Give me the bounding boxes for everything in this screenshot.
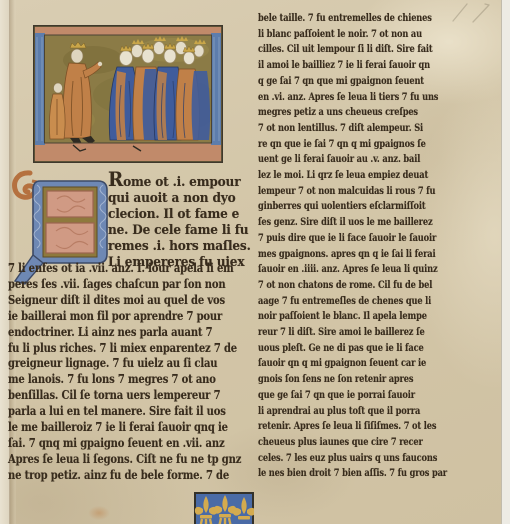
text-line: megres petiz a uns cheueus creſpes: [258, 105, 447, 121]
text-line: le nes bien droit 7 bien aſſis. 7 fu gro…: [258, 466, 447, 482]
text-line: 7 puis dire que ie li face ſauoir le ſau…: [258, 231, 447, 247]
fleur-de-lis-shield: [194, 492, 254, 524]
text-line: parla a lui en tel manere. Sire fait il …: [8, 404, 241, 420]
parchment-stain: [84, 503, 114, 523]
text-line: Apres ſe leua li ſegons. Ciſt ne fu ne t…: [8, 452, 241, 468]
miniature-illustration: [33, 25, 223, 163]
text-line: celes. 7 les euz plus uairs q uns faucon…: [258, 451, 447, 467]
text-line: 7 li enfes ot ia .vii. anz. I. iour apel…: [8, 261, 241, 277]
text-line: aage 7 fu entremeſles de chenes que li: [258, 294, 447, 310]
text-line: peres ſes .vii. ſages chaſcun par ſon no…: [8, 277, 241, 293]
text-line: il amoi le bailliez 7 ie li ferai ſauoir…: [258, 58, 447, 74]
text-line: remes .i. hors maſles.: [108, 239, 251, 255]
text-line: 7 ot non chatons de rome. Cil fu de bel: [258, 278, 447, 294]
text-line: qui auoit a non dyo: [108, 191, 251, 207]
text-line: ne. De cele fame li fu: [108, 223, 251, 239]
text-line: reur 7 li diſt. Sire amoi le baillerez ſ…: [258, 325, 447, 341]
text-line: le me bailleroiz 7 ie li ferai ſauoir qn…: [8, 420, 241, 436]
left-column-text: 7 li enfes ot ia .vii. anz. I. iour apel…: [8, 261, 241, 484]
text-line: gnois ſon ſens ne ſon retenir apres: [258, 372, 447, 388]
text-line: mes gpaignons. apres qn q ie ſai li fera…: [258, 247, 447, 263]
text-line: noir paſſoient le blanc. Il apela lempe: [258, 309, 447, 325]
text-line: ne trop petiz. ainz fu de bele forme. 7 …: [8, 468, 241, 484]
text-line: lempeur 7 ot non malcuidas li rous 7 fu: [258, 184, 447, 200]
text-line: li aprendrai au plus toſt que il porra: [258, 404, 447, 420]
text-line: clecion. Il ot fame e: [108, 207, 251, 223]
text-line: cilles. Cil uit lempour ſi li diſt. Sire…: [258, 42, 447, 58]
text-line: li blanc paſſoient le noir. 7 ot non au: [258, 27, 447, 43]
text-line: que ge ſai 7 qn que ie porrai ſauoir: [258, 388, 447, 404]
opening-text: Rome ot .i. empourqui auoit a non dyocle…: [108, 172, 251, 270]
text-line: uent ge li ferai ſauoir au .v. anz. bail: [258, 152, 447, 168]
text-line: ſauoir qn q mi gpaignon ſeuent car ie: [258, 356, 447, 372]
text-line: bele taille. 7 fu entremelles de chienes: [258, 11, 447, 27]
fleur-de-lis-shield-icon: [194, 492, 254, 524]
text-line: fu li plus riches. 7 li miex enparentez …: [8, 341, 241, 357]
folio-mark: [445, 1, 501, 25]
text-line: uous pleſt. Ge ne di pas que ie li face: [258, 341, 447, 357]
text-line: 7 ot non lentillus. 7 diſt alempeur. Si: [258, 121, 447, 137]
text-line: lez le moi. Li qrz ſe leua empiez deuat: [258, 168, 447, 184]
page-edge-right: [501, 0, 510, 524]
text-line: q ge ſai 7 qn que mi gpaignon ſeuent: [258, 74, 447, 90]
text-line: me lanois. 7 fu lons 7 megres 7 ot ano: [8, 372, 241, 388]
text-line: ginberres qui uolentiers eſclarmiſſoit: [258, 199, 447, 215]
text-line: ſes genz. Sire diſt il uos le me bailler…: [258, 215, 447, 231]
right-column-text: bele taille. 7 fu entremelles de chienes…: [258, 11, 447, 482]
text-line: en .vi. anz. Apres ſe leua li tiers 7 fu…: [258, 90, 447, 106]
text-line: Rome ot .i. empour: [108, 172, 251, 191]
text-line: ſauoir en .iiii. anz. Apres ſe leua li q…: [258, 262, 447, 278]
text-line: cheueus plus iaunes que cire 7 recer: [258, 435, 447, 451]
text-line: ie baillerai mon fil por aprendre 7 pour: [8, 309, 241, 325]
text-line: endoctriner. Li ainz nes parla auant 7: [8, 325, 241, 341]
text-line: re qn que ie ſai 7 qn q mi gpaignos ſe: [258, 137, 447, 153]
text-line: benſillas. Cil ſe torna uers lempereur 7: [8, 388, 241, 404]
miniature-painting: [33, 25, 223, 163]
text-line: ſai. 7 qnq mi gpaigno ſeuent en .vii. an…: [8, 436, 241, 452]
text-line: greigneur lignage. 7 fu uielz au ſi clau: [8, 356, 241, 372]
text-line: Seigneur diſt il dites moi au quel de vo…: [8, 293, 241, 309]
manuscript-page: Rome ot .i. empourqui auoit a non dyocle…: [0, 0, 510, 524]
text-line: retenir. Apres ſe leua li ſiſiſmes. 7 ot…: [258, 419, 447, 435]
